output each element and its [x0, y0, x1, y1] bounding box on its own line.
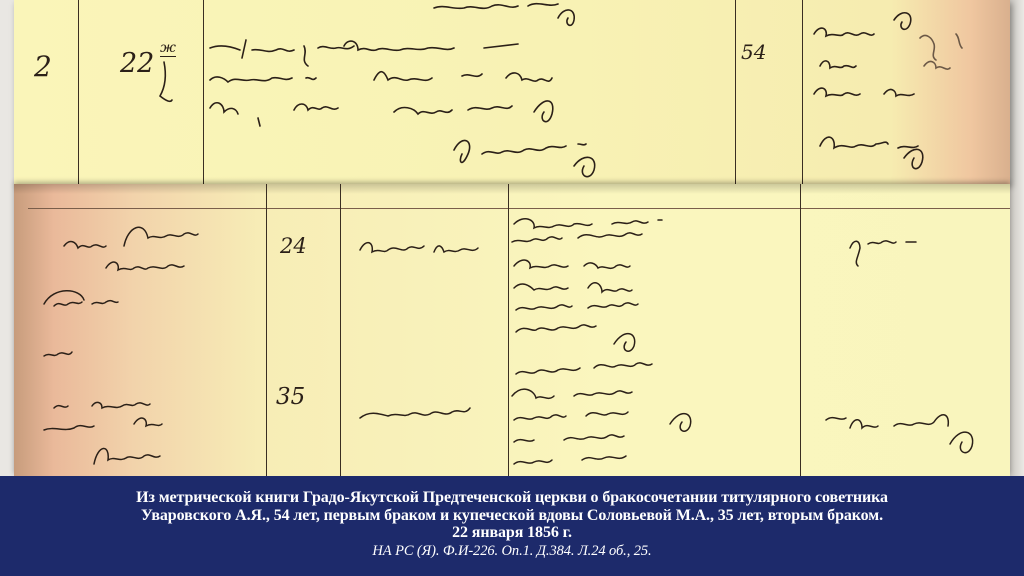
archive-source-reference: НА РС (Я). Ф.И-226. Оп.1. Д.384. Л.24 об… — [0, 542, 1024, 560]
caption-band: Из метрической книги Градо-Якутской Пред… — [0, 476, 1024, 576]
handwriting-bottom — [14, 184, 1010, 476]
caption-line-1: Из метрической книги Градо-Якутской Пред… — [0, 489, 1024, 507]
caption-line-2: Уваровского А.Я., 54 лет, первым браком … — [0, 507, 1024, 525]
register-scan-top: 2 22 ж 54 — [14, 0, 1010, 184]
register-scan-bottom: 24 35 — [14, 184, 1010, 476]
slide-right-margin — [1010, 0, 1024, 476]
handwriting-top — [14, 0, 1010, 184]
caption-date: 22 января 1856 г. — [0, 524, 1024, 542]
